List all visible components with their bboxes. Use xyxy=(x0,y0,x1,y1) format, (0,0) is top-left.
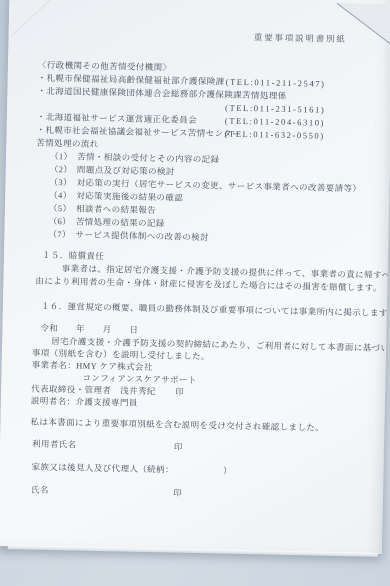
paper-crease xyxy=(11,0,51,37)
section-16-text: １６．運営規定の概要、職員の勤務体制及び重要事項については事業所内に掲示します。 xyxy=(33,300,373,320)
seal-stamp: 印 xyxy=(175,386,184,398)
name-label: 氏名 xyxy=(31,485,49,495)
paper-sheet: 重要事項説明書別紙 〈行政機関その他苦情受付機関〉 ・札幌市保健福祉局高齢保健福… xyxy=(0,0,390,554)
signature-line-user: 利用者氏名 印 xyxy=(30,438,370,458)
signature-line-name: 氏名 印 xyxy=(29,484,369,504)
document-corner-note: 重要事項説明書別紙 xyxy=(254,31,347,45)
signature-line-family: 家族又は後見人及び代理人（続柄： ） xyxy=(29,461,369,481)
acknowledgement-statement: 私は本書面により重要事項別紙を含む説明を受け交付され確認しました。 xyxy=(30,416,370,436)
agency-name: ・北海道福祉サービス運営適正化委員会 xyxy=(37,112,197,125)
photo-of-document: 重要事項説明書別紙 〈行政機関その他苦情受付機関〉 ・札幌市保健福祉局高齢保健福… xyxy=(0,0,390,586)
user-name-label: 利用者氏名 xyxy=(32,439,77,450)
paper-wrap: 重要事項説明書別紙 〈行政機関その他苦情受付機関〉 ・札幌市保健福祉局高齢保健福… xyxy=(0,0,390,554)
document-body: 〈行政機関その他苦情受付機関〉 ・札幌市保健福祉局高齢保健福祉部介護保険課 (T… xyxy=(29,59,378,504)
seal-stamp: 印 xyxy=(173,487,182,500)
seal-stamp: 印 xyxy=(174,441,183,454)
